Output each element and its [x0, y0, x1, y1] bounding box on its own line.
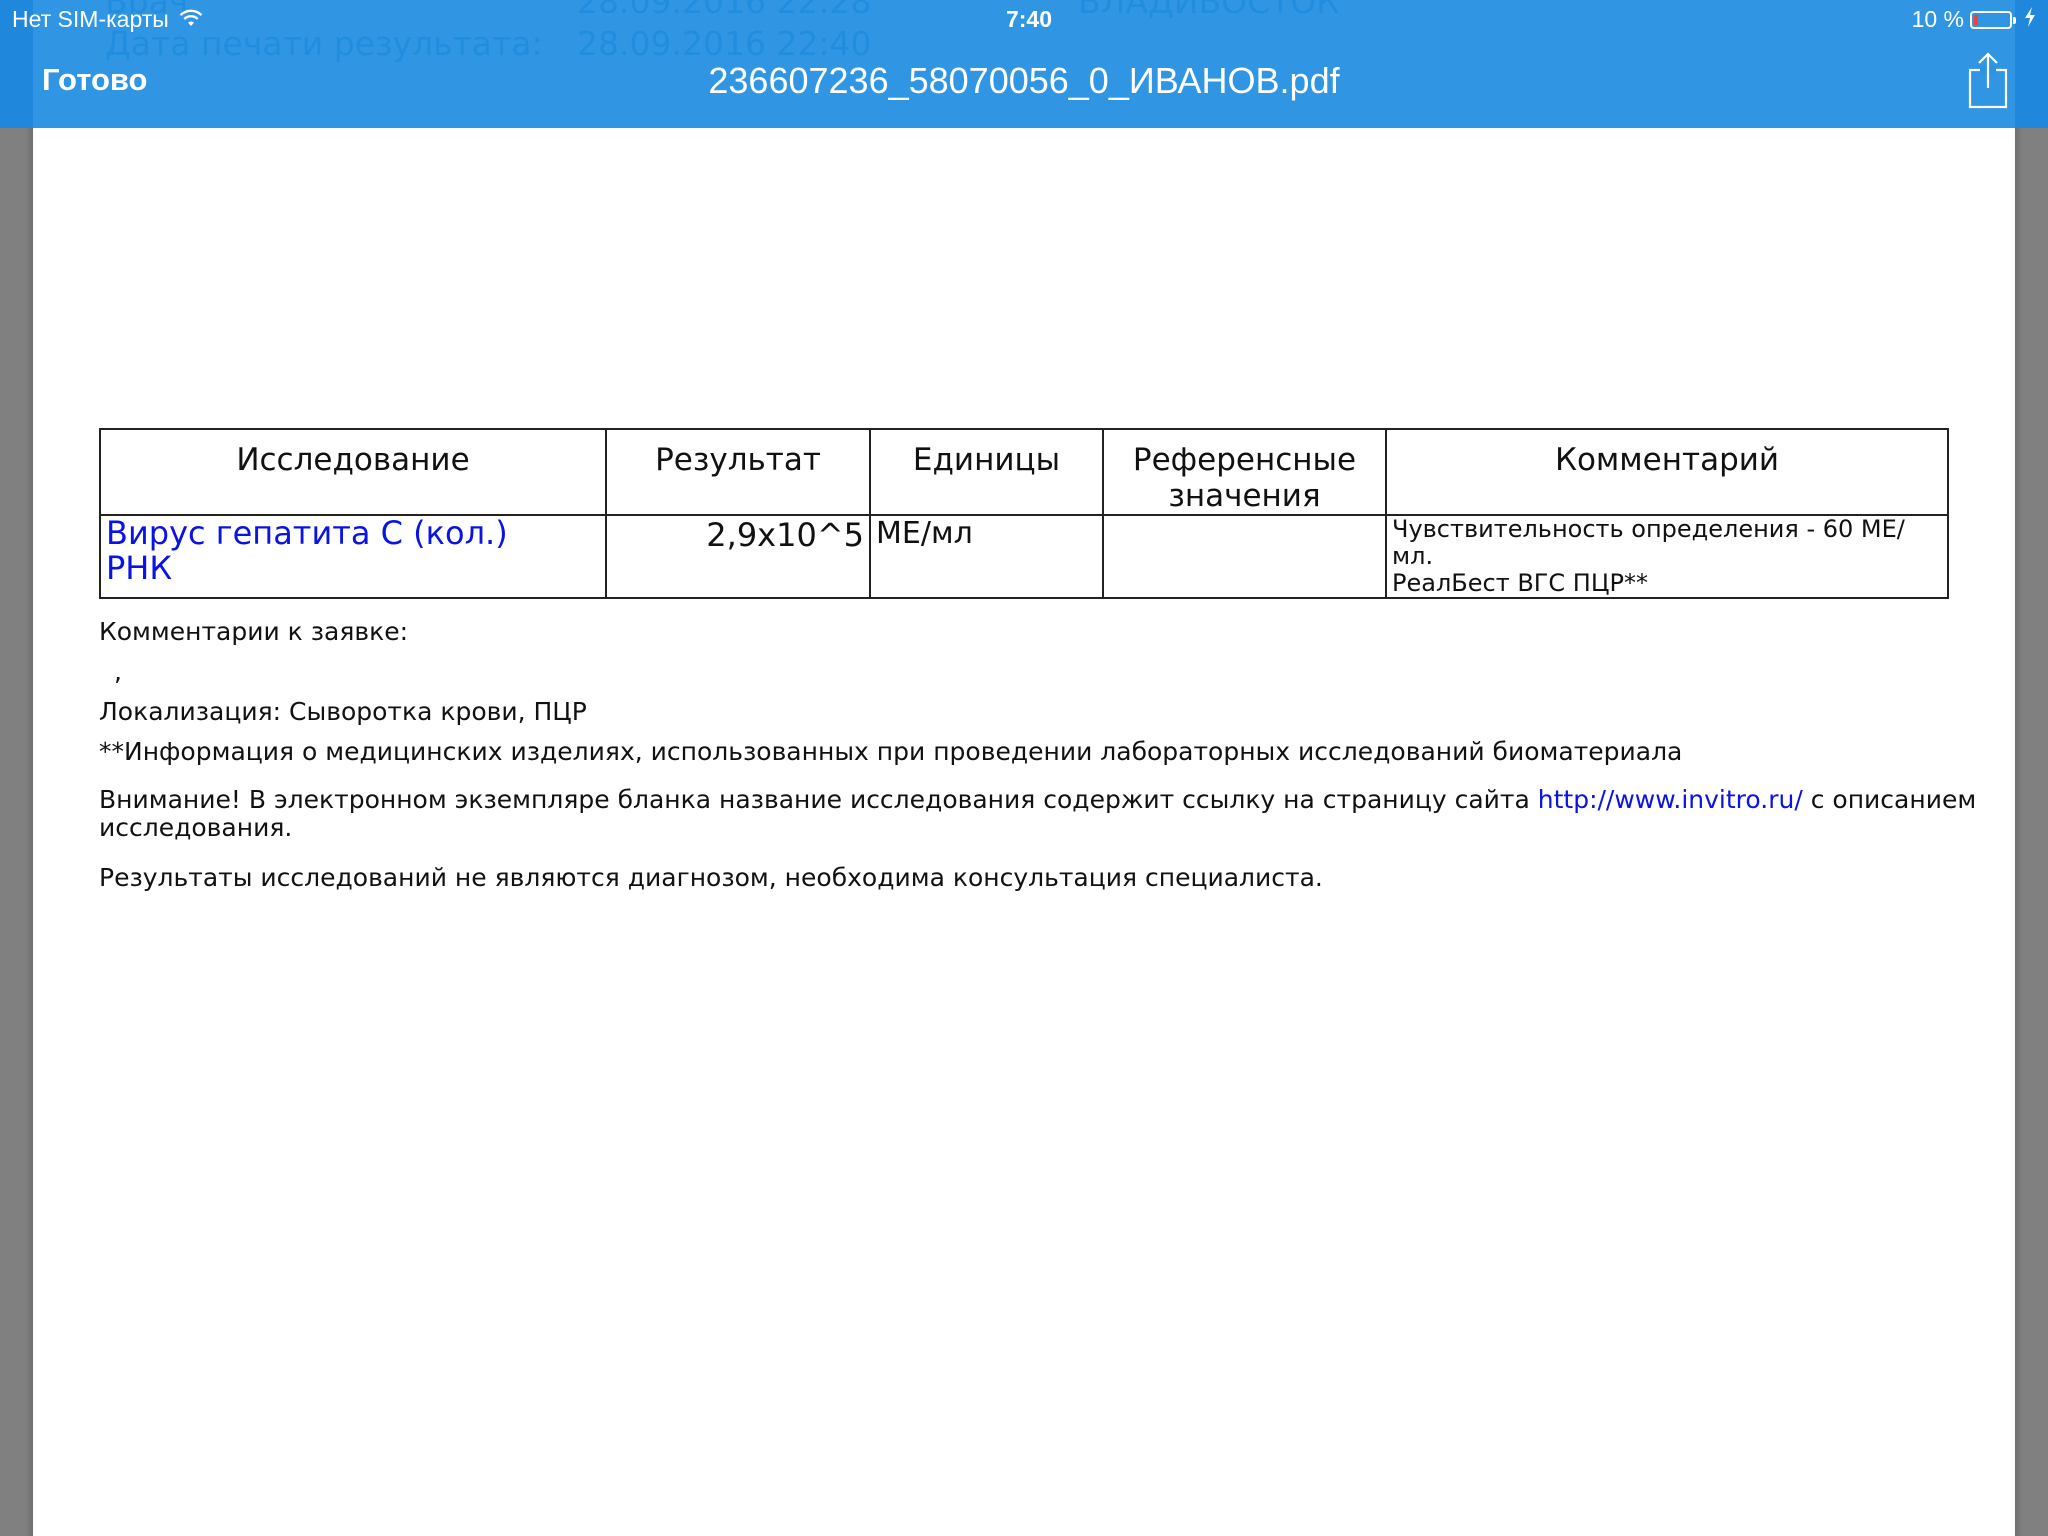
invitro-link[interactable]: http://www.invitro.ru/ — [1538, 785, 1803, 814]
share-icon — [1966, 52, 2010, 110]
study-name-link[interactable]: Вирус гепатита С (кол.)РНК — [100, 515, 606, 598]
charging-bolt-icon — [2024, 6, 2036, 33]
header-comment: Комментарий — [1386, 429, 1948, 515]
attention-text: Внимание! В электронном экземпляре бланк… — [99, 786, 1976, 814]
comment-line-1: Чувствительность определения - 60 МЕ/мл. — [1392, 516, 1942, 570]
battery-percent: 10 % — [1912, 6, 1964, 33]
header-study: Исследование — [100, 429, 606, 515]
result-value: 2,9x10^5 — [606, 515, 870, 598]
clock: 7:40 — [0, 6, 2048, 33]
request-comments-value: , — [114, 658, 122, 686]
header-reference: Референсныезначения — [1103, 429, 1386, 515]
navigation-bar: Нет SIM-карты 7:40 10 % Готово 236607236… — [0, 0, 2048, 128]
table-row: Вирус гепатита С (кол.)РНК 2,9x10^5 МЕ/м… — [100, 515, 1948, 598]
header-result: Результат — [606, 429, 870, 515]
share-button[interactable] — [1966, 52, 2010, 110]
comment-line-2: РеалБест ВГС ПЦР** — [1392, 570, 1942, 597]
header-reference-label: Референсныезначения — [1133, 442, 1356, 514]
localization-text: Локализация: Сыворотка крови, ПЦР — [99, 698, 587, 726]
disclaimer-text: Результаты исследований не являются диаг… — [99, 864, 1323, 892]
battery-level-fill — [1974, 15, 1978, 25]
battery-icon — [1970, 11, 2012, 29]
request-comments-label: Комментарии к заявке: — [99, 618, 408, 646]
attention-text-line2: исследования. — [99, 814, 292, 842]
battery-nub — [2013, 17, 2016, 24]
header-units: Единицы — [870, 429, 1103, 515]
table-header-row: Исследование Результат Единицы Референсн… — [100, 429, 1948, 515]
result-comment: Чувствительность определения - 60 МЕ/мл.… — [1386, 515, 1948, 598]
devices-info-text: **Информация о медицинских изделиях, исп… — [99, 738, 1682, 766]
result-units: МЕ/мл — [870, 515, 1103, 598]
status-right: 10 % — [1912, 6, 2036, 33]
page-shadow-right — [2015, 0, 2022, 1536]
pdf-page[interactable]: Врач: 28.09.2016 22:28 Дата печати резул… — [33, 0, 2015, 1536]
page-shadow-left — [26, 0, 33, 1536]
attention-prefix: Внимание! В электронном экземпляре бланк… — [99, 785, 1538, 814]
reference-values — [1103, 515, 1386, 598]
document-title: 236607236_58070056_0_ИВАНОВ.pdf — [0, 60, 2048, 102]
results-table: Исследование Результат Единицы Референсн… — [99, 428, 1949, 599]
attention-suffix: с описанием — [1803, 785, 1976, 814]
